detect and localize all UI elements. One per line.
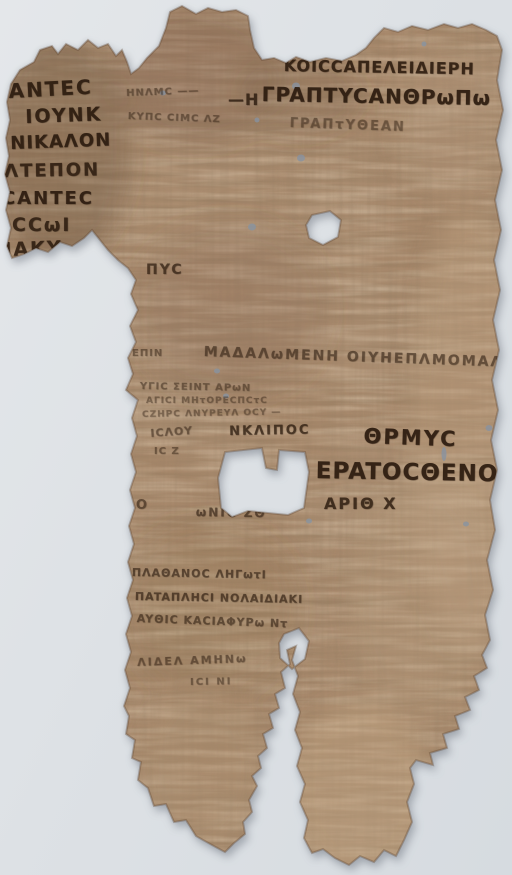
photo-of-papyrus-fragment: ANTECIOYNKNIKAΛONΛTEΠONCANTECCCωIIAKYHNΛ…	[0, 0, 512, 875]
papyrus-artwork	[0, 0, 512, 875]
papyrus-body	[0, 0, 512, 875]
